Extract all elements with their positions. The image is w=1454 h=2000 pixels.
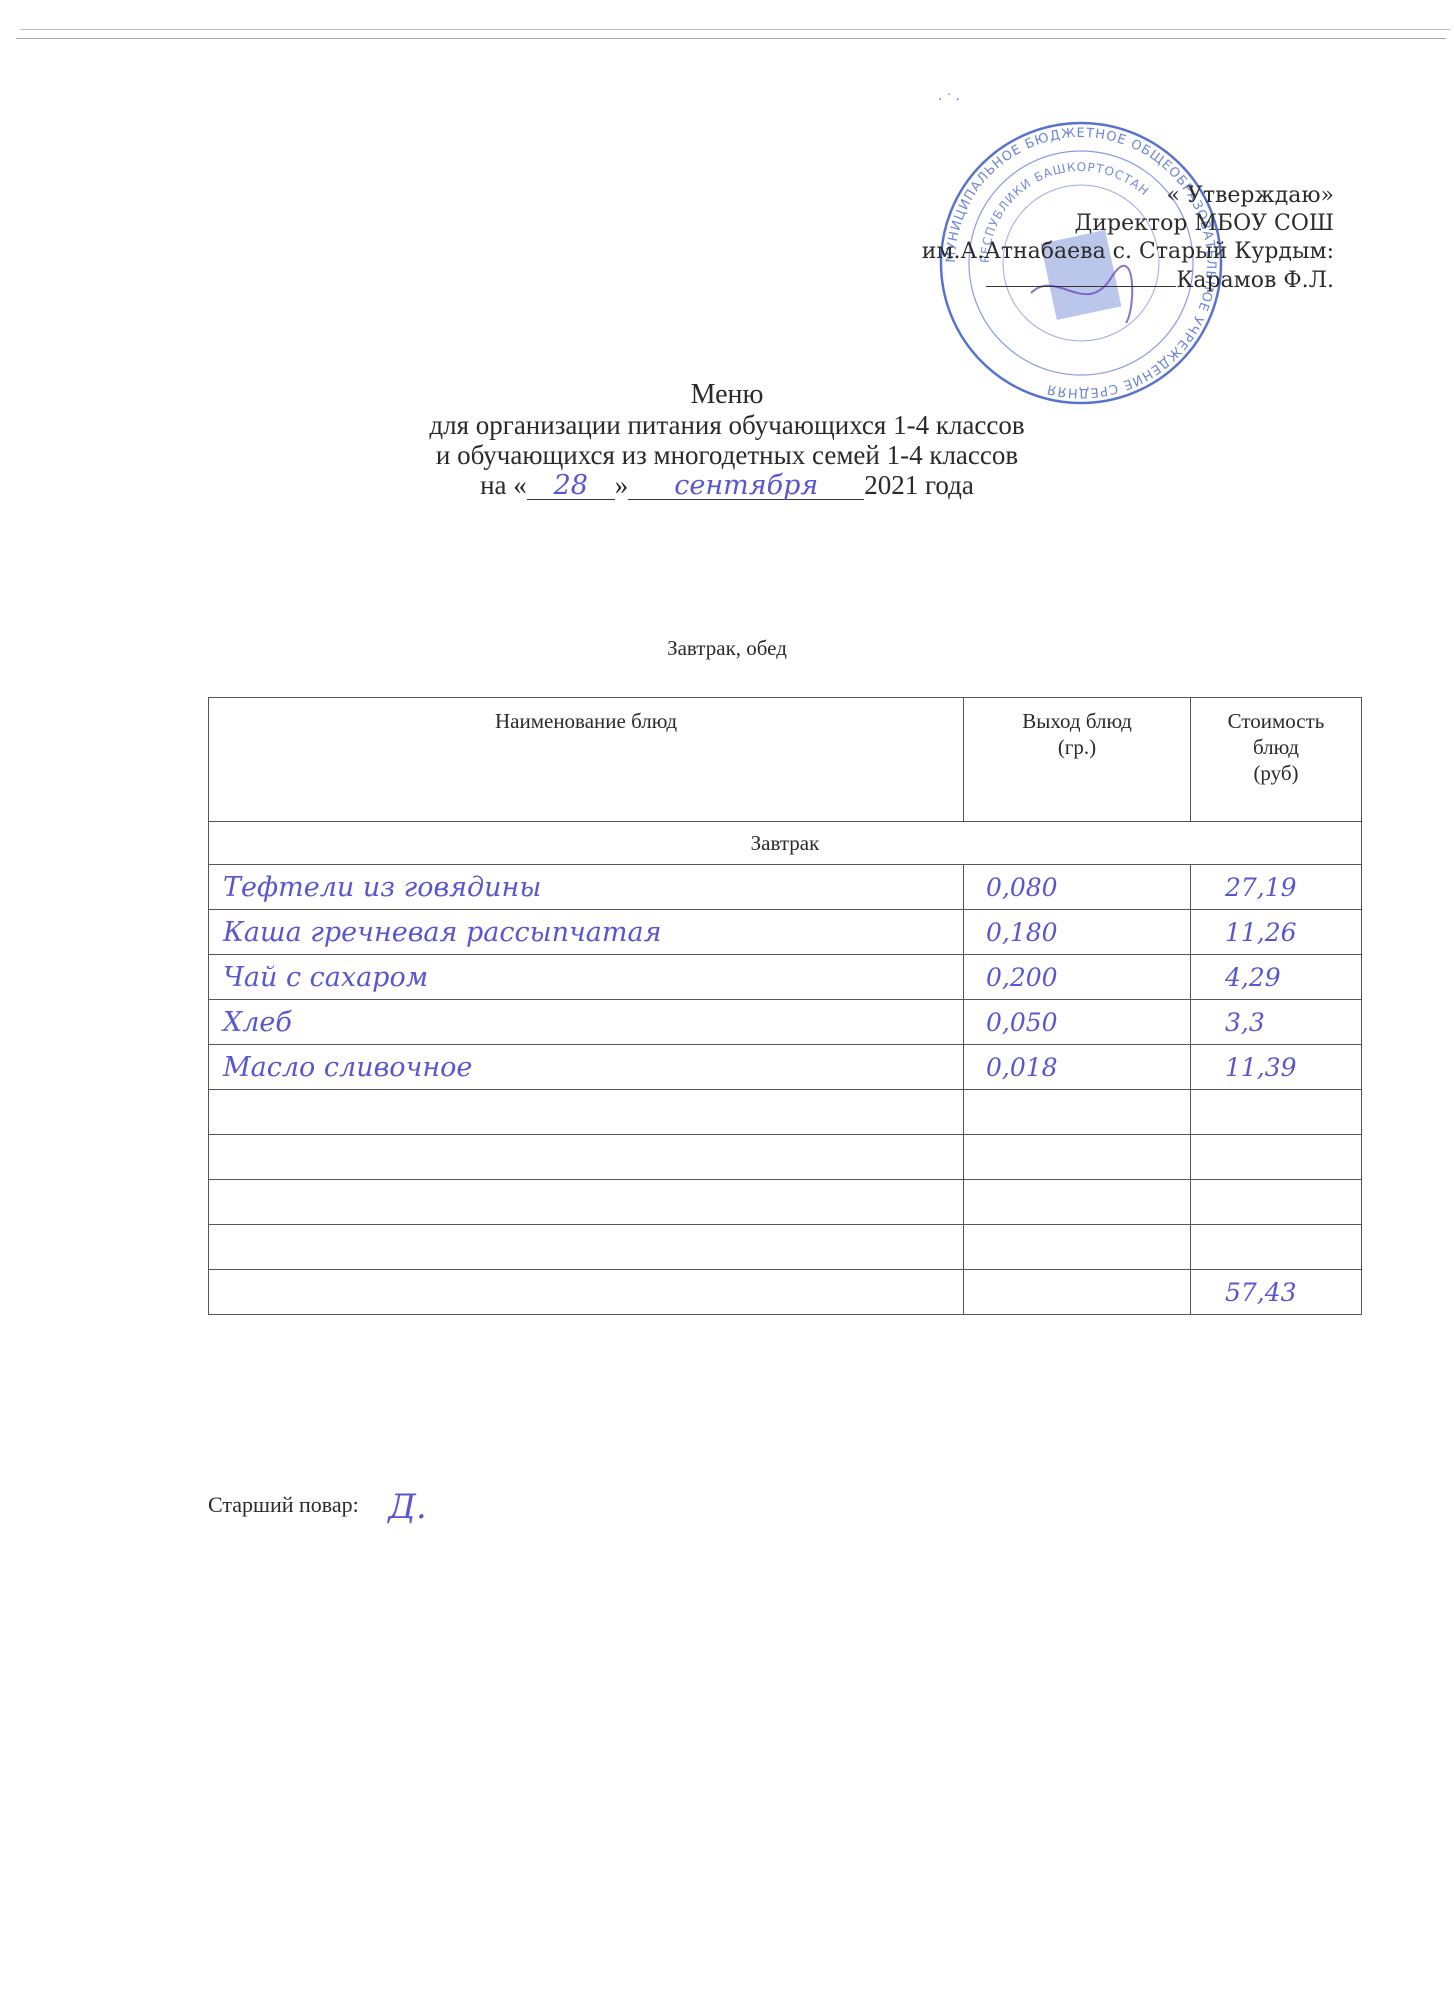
header-cost: Стоимость блюд (руб) — [1191, 698, 1362, 822]
document-title: Меню для организации питания обучающихся… — [0, 380, 1454, 500]
dish-yield: 0,018 — [964, 1045, 1191, 1090]
header-dish-name: Наименование блюд — [209, 698, 964, 822]
dish-name: Каша гречневая рассыпчатая — [209, 910, 964, 955]
total-label — [209, 1270, 964, 1315]
dish-yield: 0,080 — [964, 865, 1191, 910]
table-row-empty — [209, 1090, 1362, 1135]
approval-school: им.А.Атнабаева с. Старый Курдым: — [922, 238, 1334, 266]
dish-yield: 0,180 — [964, 910, 1191, 955]
dish-yield: 0,050 — [964, 1000, 1191, 1045]
chef-signature: Д. — [388, 1487, 426, 1527]
dish-cost: 3,3 — [1191, 1000, 1362, 1045]
title-line-3: и обучающихся из многодетных семей 1-4 к… — [0, 440, 1454, 470]
scan-border-line — [16, 38, 1446, 39]
table-row: Масло сливочное 0,018 11,39 — [209, 1045, 1362, 1090]
header-yield: Выход блюд (гр.) — [964, 698, 1191, 822]
total-yield — [964, 1270, 1191, 1315]
dish-name: Чай с сахаром — [209, 955, 964, 1000]
title-date: на «28»сентября2021 года — [0, 470, 1454, 500]
dish-cost: 11,26 — [1191, 910, 1362, 955]
dish-name: Тефтели из говядины — [209, 865, 964, 910]
date-month-field: сентября — [628, 473, 864, 500]
date-day-field: 28 — [527, 473, 615, 500]
table-header-row: Наименование блюд Выход блюд (гр.) Стоим… — [209, 698, 1362, 822]
meal-section-title: Завтрак, обед — [0, 636, 1454, 661]
table-row-empty — [209, 1135, 1362, 1180]
dish-cost: 4,29 — [1191, 955, 1362, 1000]
total-cost: 57,43 — [1191, 1270, 1362, 1315]
table-row: Тефтели из говядины 0,080 27,19 — [209, 865, 1362, 910]
table-row: Хлеб 0,050 3,3 — [209, 1000, 1362, 1045]
menu-table: Наименование блюд Выход блюд (гр.) Стоим… — [208, 697, 1362, 1315]
footer-signature: Старший повар: Д. — [208, 1487, 427, 1527]
signature-blank — [986, 266, 1176, 287]
title-line-2: для организации питания обучающихся 1-4 … — [0, 410, 1454, 440]
table-row: Каша гречневая рассыпчатая 0,180 11,26 — [209, 910, 1362, 955]
approval-signature-line: Карамов Ф.Л. — [922, 266, 1334, 295]
dish-cost: 11,39 — [1191, 1045, 1362, 1090]
approval-heading: « Утверждаю» — [922, 182, 1334, 210]
director-name: Карамов Ф.Л. — [1176, 268, 1334, 293]
table-row-empty — [209, 1180, 1362, 1225]
scan-border-line — [20, 29, 1450, 30]
dish-name: Масло сливочное — [209, 1045, 964, 1090]
table-row-empty — [209, 1225, 1362, 1270]
table-row: Чай с сахаром 0,200 4,29 — [209, 955, 1362, 1000]
scan-artifact: ·˙· — [938, 92, 963, 108]
dish-yield: 0,200 — [964, 955, 1191, 1000]
dish-cost: 27,19 — [1191, 865, 1362, 910]
chef-label: Старший повар: — [208, 1492, 359, 1517]
approval-block: « Утверждаю» Директор МБОУ СОШ им.А.Атна… — [922, 182, 1334, 295]
dish-name: Хлеб — [209, 1000, 964, 1045]
section-label: Завтрак — [209, 822, 1362, 865]
table-total-row: 57,43 — [209, 1270, 1362, 1315]
section-row-breakfast: Завтрак — [209, 822, 1362, 865]
title-menu: Меню — [0, 380, 1454, 410]
approval-position: Директор МБОУ СОШ — [922, 210, 1334, 238]
